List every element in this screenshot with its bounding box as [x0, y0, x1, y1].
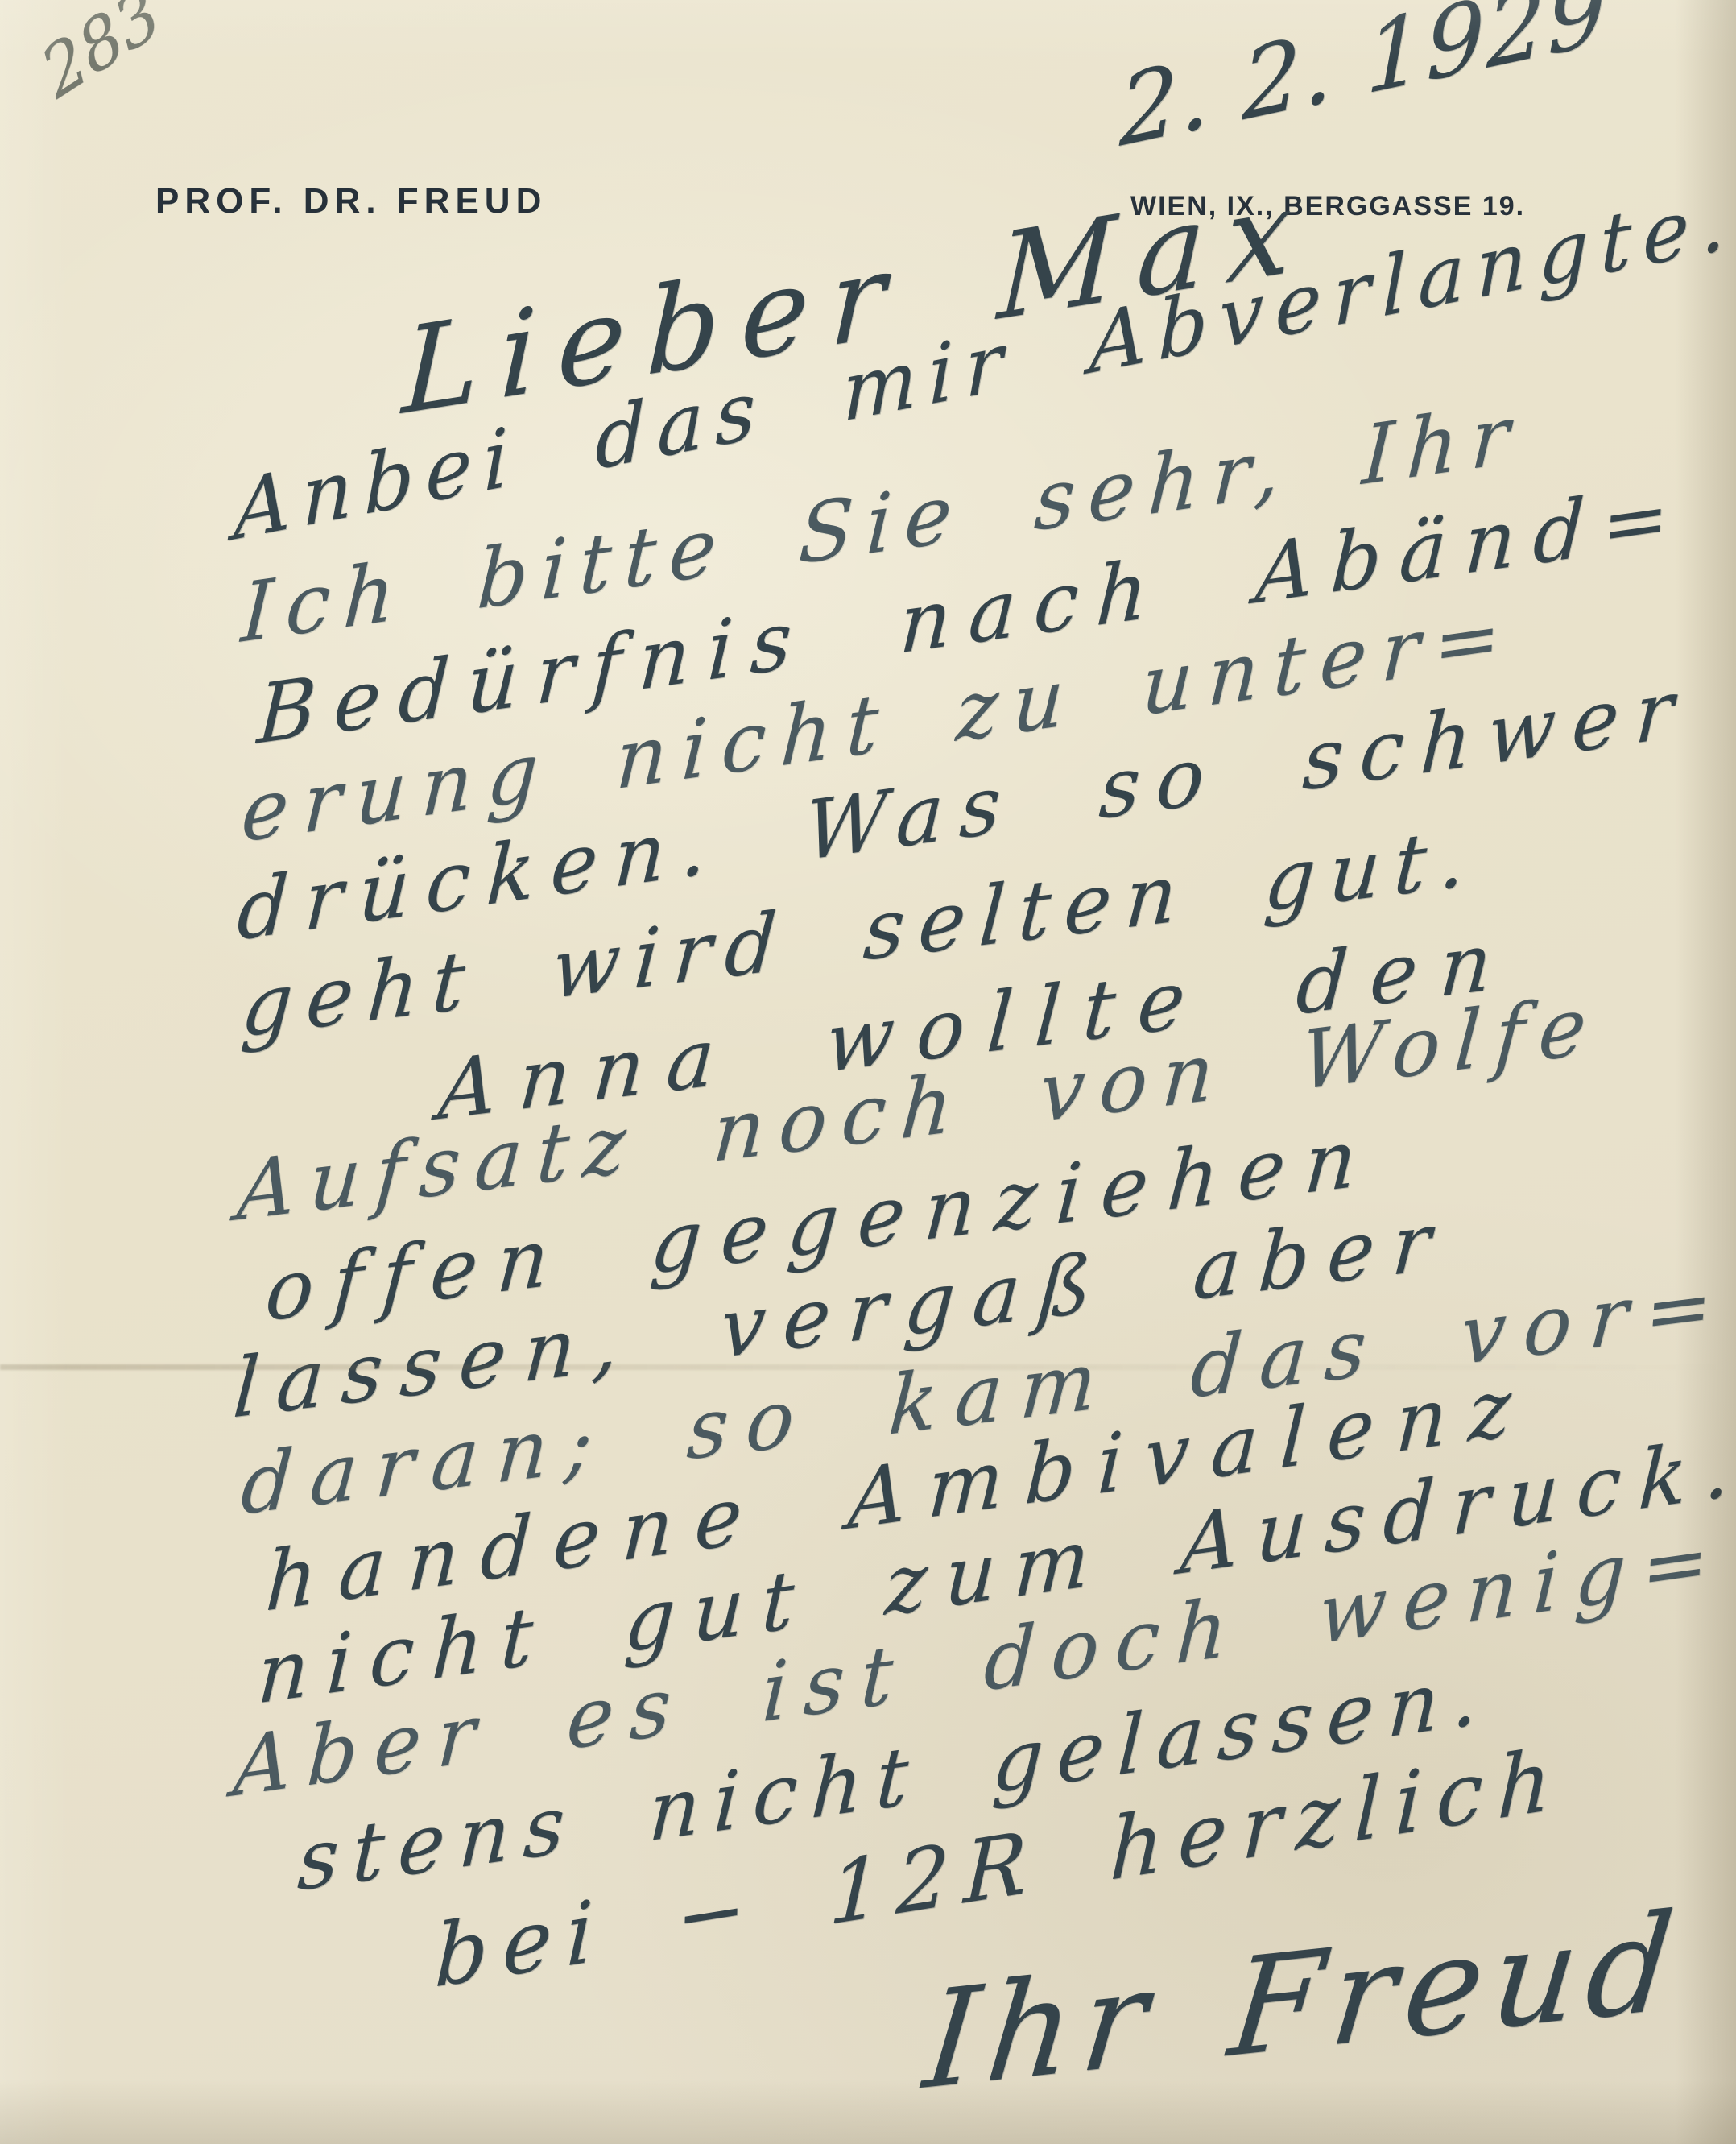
- fold-crease: [0, 1364, 1736, 1370]
- signature: Ihr Freud: [919, 1894, 1688, 2109]
- letterhead-name: PROF. DR. FREUD: [155, 184, 547, 219]
- date-handwritten: 2. 2. 1929: [1119, 0, 1608, 160]
- archival-number: 283: [30, 0, 172, 114]
- letter-page: 283 PROF. DR. FREUD WIEN, IX., BERGGASSE…: [0, 0, 1736, 2144]
